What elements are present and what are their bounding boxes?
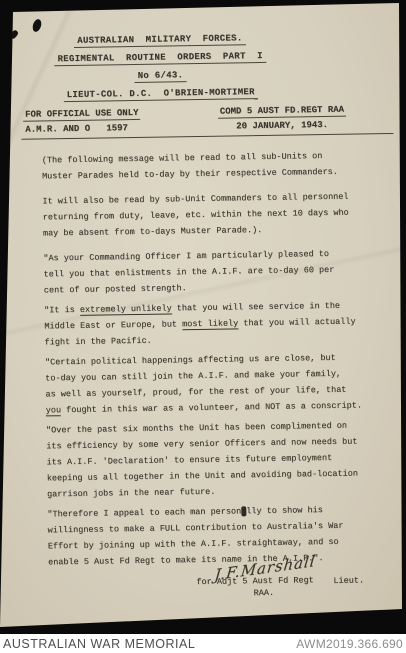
scan-background: AUSTRALIAN MILITARY FORCES. REGIMENTAL R… (0, 0, 406, 653)
divider-rule (21, 133, 393, 140)
paragraph-message-2: "It is extremely unlikely that you will … (44, 297, 379, 350)
header-line-orders: REGIMENTAL ROUTINE ORDERS PART I (54, 51, 265, 66)
document-header: AUSTRALIAN MILITARY FORCES. REGIMENTAL R… (26, 32, 295, 108)
document-content: AUSTRALIAN MILITARY FORCES. REGIMENTAL R… (0, 0, 406, 603)
reference-number: A.M.R. AND O 1597 (23, 122, 141, 135)
paragraph-preamble-1: (The following message will be read to a… (42, 147, 376, 184)
paragraph-message-1: "As your Commanding Officer I am particu… (43, 245, 378, 298)
date-line: 20 JANUARY, 1943. (218, 119, 346, 132)
paragraph-preamble-2: It will also be read by sub-Unit Command… (42, 188, 377, 241)
signature-unit-raa: RAA. (254, 585, 387, 599)
meta-row: FOR OFFICIAL USE ONLY A.M.R. AND O 1597 … (23, 105, 346, 135)
footer-accession-number: AWM2019.366.690 (296, 637, 403, 651)
addressee-line: COMD 5 AUST FD.REGT RAA (218, 105, 346, 119)
paragraph-message-3: "Certain political happenings affecting … (45, 349, 380, 418)
footer-institution: AUSTRALIAN WAR MEMORIAL (3, 637, 195, 651)
archive-footer-bar: AUSTRALIAN WAR MEMORIAL AWM2019.366.690 (0, 634, 406, 653)
paragraph-message-5: "Therefore I appeal to each man personal… (47, 501, 382, 570)
paragraph-message-4: "Over the past six months the Unit has b… (46, 417, 381, 502)
meta-right: COMD 5 AUST FD.REGT RAA 20 JANUARY, 1943… (218, 105, 347, 132)
order-body: (The following message will be read to a… (42, 147, 383, 570)
header-line-number: No 6/43. (135, 70, 187, 83)
signature-rank: Lieut. (333, 574, 364, 586)
header-line-officer: LIEUT-COL. D.C. O'BRIEN-MORTIMER (64, 87, 258, 102)
document-page: AUSTRALIAN MILITARY FORCES. REGIMENTAL R… (0, 0, 406, 632)
meta-left: FOR OFFICIAL USE ONLY A.M.R. AND O 1597 (23, 108, 141, 135)
signature-block: J.F.Marshall for Adjt 5 Aust Fd Regt RAA… (196, 573, 386, 600)
header-line-forces: AUSTRALIAN MILITARY FORCES. (74, 33, 245, 48)
classification-label: FOR OFFICIAL USE ONLY (23, 108, 141, 122)
